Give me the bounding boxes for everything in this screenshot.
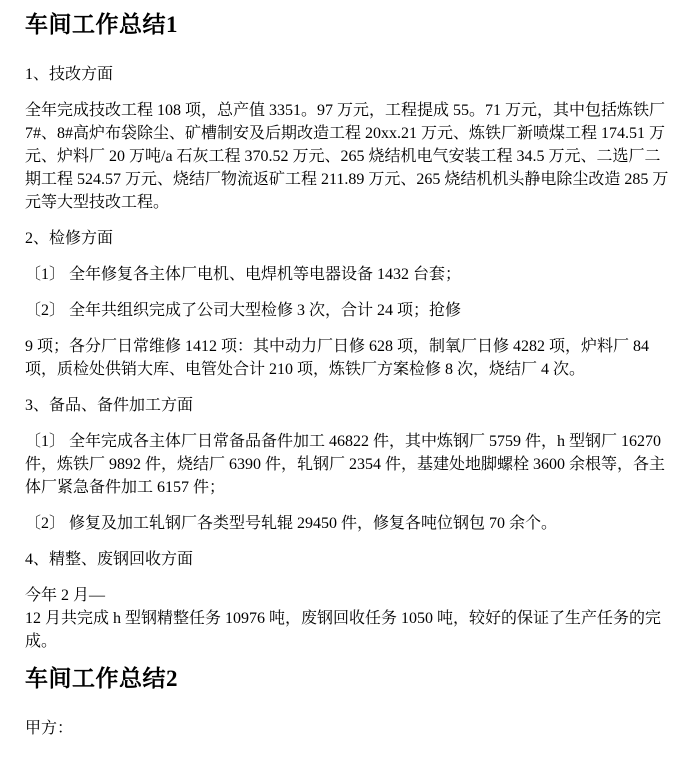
section3-heading: 3、备品、备件加工方面 bbox=[25, 394, 673, 417]
party-a-label: 甲方： bbox=[25, 717, 673, 740]
summary1-title: 车间工作总结1 bbox=[25, 12, 673, 37]
section2-continuation: 9 项；各分厂日常维修 1412 项：其中动力厂日修 628 项，制氧厂日修 4… bbox=[25, 335, 673, 381]
section2-item2: 〔2〕 全年共组织完成了公司大型检修 3 次，合计 24 项；抢修 bbox=[25, 299, 673, 322]
section3-item1: 〔1〕 全年完成各主体厂日常备品备件加工 46822 件，其中炼钢厂 5759 … bbox=[25, 430, 673, 499]
section2-item1: 〔1〕 全年修复各主体厂电机、电焊机等电器设备 1432 台套； bbox=[25, 263, 673, 286]
document-body: 车间工作总结1 1、技改方面 全年完成技改工程 108 项，总产值 3351。9… bbox=[0, 12, 695, 773]
section2-heading: 2、检修方面 bbox=[25, 227, 673, 250]
summary2-title: 车间工作总结2 bbox=[25, 666, 673, 691]
section3-item2: 〔2〕 修复及加工轧钢厂各类型号轧辊 29450 件，修复各吨位钢包 70 余个… bbox=[25, 512, 673, 535]
section1-paragraph: 全年完成技改工程 108 项，总产值 3351。97 万元，工程提成 55。71… bbox=[25, 99, 673, 214]
section4-paragraph: 今年 2 月— 12 月共完成 h 型钢精整任务 10976 吨，废钢回收任务 … bbox=[25, 584, 673, 653]
section1-heading: 1、技改方面 bbox=[25, 63, 673, 86]
section4-heading: 4、精整、废钢回收方面 bbox=[25, 548, 673, 571]
section4-line2: 12 月共完成 h 型钢精整任务 10976 吨，废钢回收任务 1050 吨，较… bbox=[25, 610, 661, 650]
section4-line1: 今年 2 月— bbox=[25, 587, 105, 604]
